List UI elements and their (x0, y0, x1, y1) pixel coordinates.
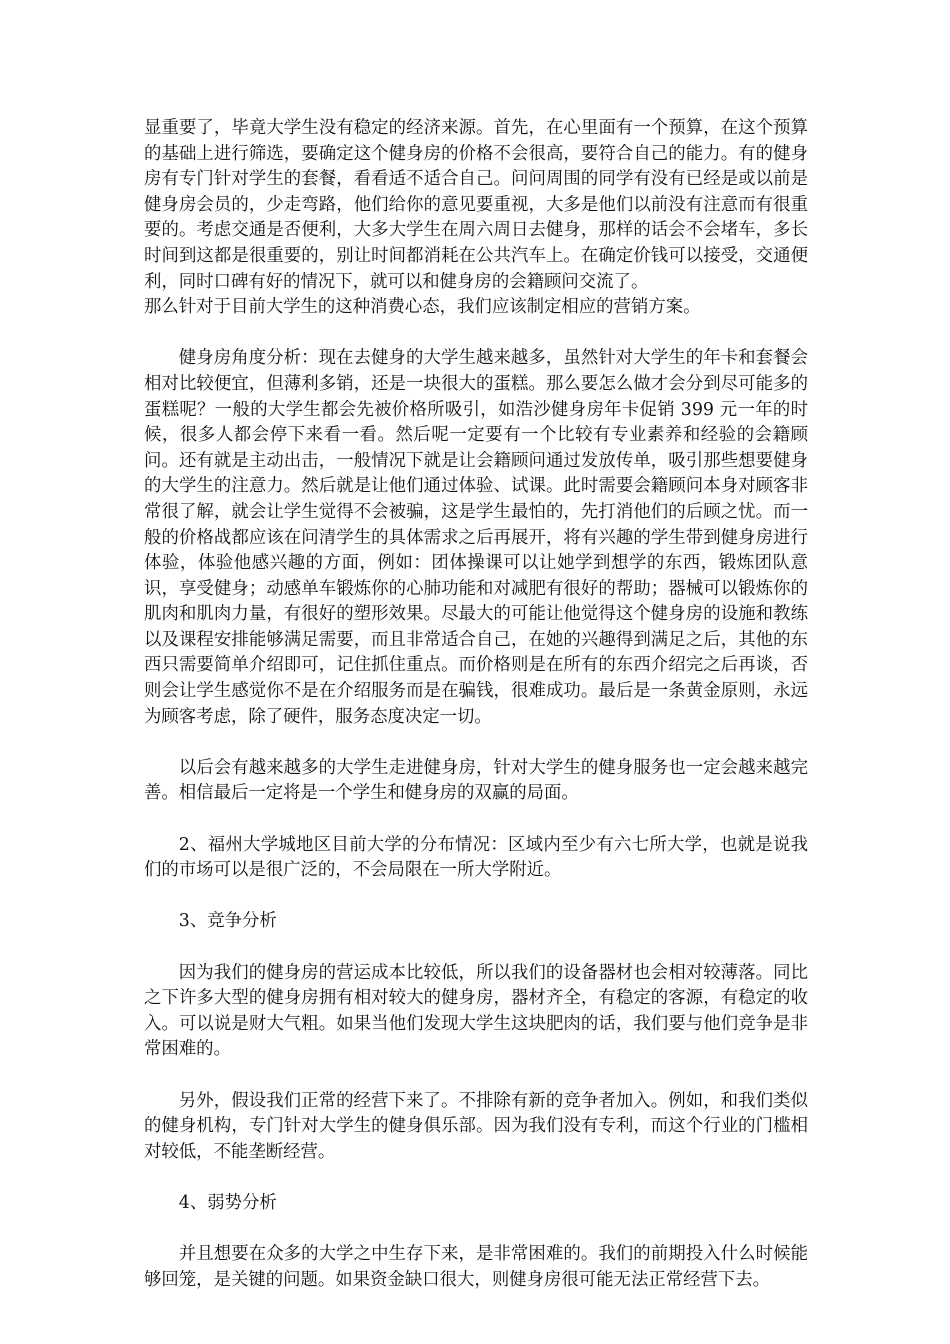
paragraph-gap (144, 730, 808, 756)
section-heading-weakness: 4、弱势分析 (144, 1191, 808, 1217)
paragraph-gym-analysis: 健身房角度分析：现在去健身的大学生越来越多，虽然针对大学生的年卡和套餐会相对比较… (144, 346, 808, 730)
paragraph-gap (144, 807, 808, 833)
paragraph-gap (144, 321, 808, 347)
section-heading-competition: 3、竞争分析 (144, 909, 808, 935)
paragraph-new-competitors: 另外，假设我们正常的经营下来了。不排除有新的竞争者加入。例如，和我们类似的健身机… (144, 1089, 808, 1166)
paragraph-gap (144, 935, 808, 961)
paragraph-marketing-intro: 那么针对于目前大学生的这种消费心态，我们应该制定相应的营销方案。 (144, 295, 808, 321)
paragraph-gap (144, 884, 808, 910)
paragraph-university-distribution: 2、福州大学城地区目前大学的分布情况：区域内至少有六七所大学，也就是说我们的市场… (144, 833, 808, 884)
paragraph-competition-cost: 因为我们的健身房的营运成本比较低，所以我们的设备器材也会相对较薄落。同比之下许多… (144, 961, 808, 1063)
paragraph-future-outlook: 以后会有越来越多的大学生走进健身房，针对大学生的健身服务也一定会越来越完善。相信… (144, 756, 808, 807)
document-page: 显重要了，毕竟大学生没有稳定的经济来源。首先，在心里面有一个预算，在这个预算的基… (144, 116, 808, 1293)
paragraph-budget-advice: 显重要了，毕竟大学生没有稳定的经济来源。首先，在心里面有一个预算，在这个预算的基… (144, 116, 808, 295)
paragraph-gap (144, 1217, 808, 1243)
paragraph-gap (144, 1063, 808, 1089)
paragraph-weakness-survival: 并且想要在众多的大学之中生存下来，是非常困难的。我们的前期投入什么时候能够回笼，… (144, 1242, 808, 1293)
paragraph-gap (144, 1165, 808, 1191)
